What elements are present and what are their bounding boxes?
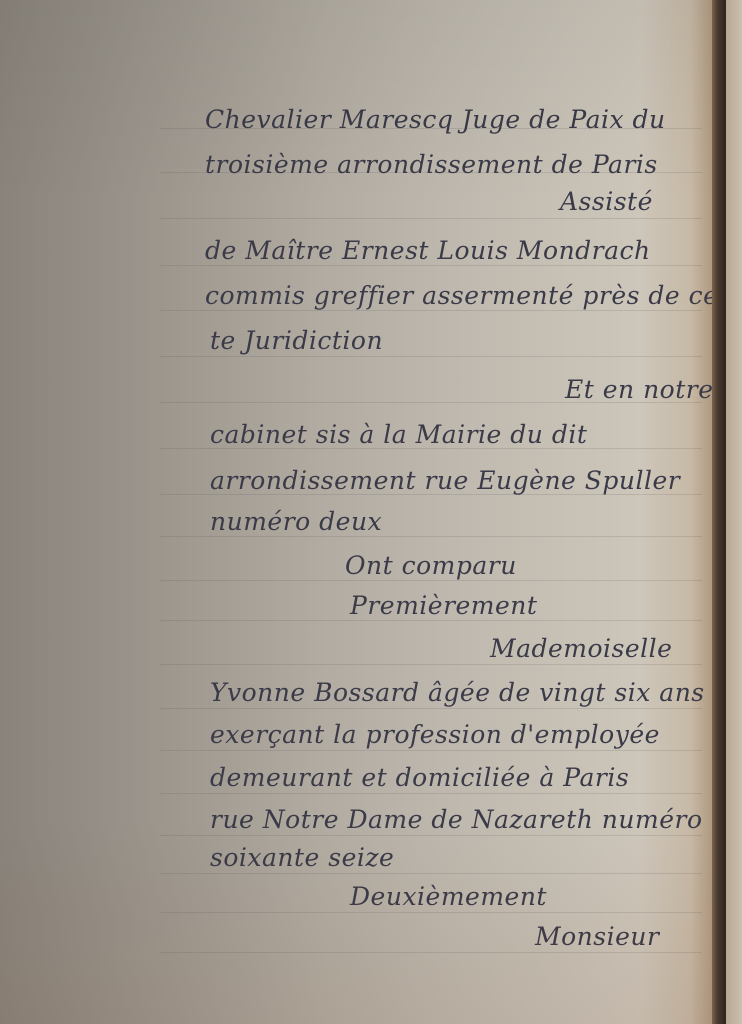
ruled-line [160, 536, 702, 537]
ruled-line [160, 218, 702, 219]
text-line-et-en-notre: Et en notre [565, 375, 714, 404]
text-line-numero: numéro deux [210, 507, 382, 536]
text-line-juridiction: te Juridiction [210, 326, 383, 355]
text-line-rue: arrondissement rue Eugène Spuller [210, 466, 680, 495]
book-spine-shadow [712, 0, 726, 1024]
text-line-cabinet: cabinet sis à la Mairie du dit [210, 420, 587, 449]
text-line-profession: exerçant la profession d'employée [210, 720, 660, 749]
text-line-greffier-title: commis greffier assermenté près de cet- [205, 281, 738, 310]
ruled-line [160, 356, 702, 357]
text-line-assiste: Assisté [560, 187, 653, 216]
ledger-page: Chevalier Marescq Juge de Paix du troisi… [0, 0, 712, 1024]
text-line-demeurant: demeurant et domiciliée à Paris [210, 763, 629, 792]
ruled-line [160, 912, 702, 913]
ruled-line [160, 873, 702, 874]
ruled-line [160, 265, 702, 266]
ruled-line [160, 835, 702, 836]
text-line-arrondissement: troisième arrondissement de Paris [205, 150, 658, 179]
text-line-soixante: soixante seize [210, 843, 394, 872]
ruled-line [160, 620, 702, 621]
text-line-judge: Chevalier Marescq Juge de Paix du [205, 105, 666, 134]
ruled-line [160, 952, 702, 953]
ruled-line [160, 708, 702, 709]
text-line-address: rue Notre Dame de Nazareth numéro [210, 805, 703, 834]
ruled-line [160, 310, 702, 311]
ruled-line [160, 664, 702, 665]
ruled-line [160, 580, 702, 581]
ruled-line [160, 793, 702, 794]
text-line-yvonne: Yvonne Bossard âgée de vingt six ans [210, 678, 705, 707]
adjacent-page-edge [726, 0, 742, 1024]
text-line-greffier-name: de Maître Ernest Louis Mondrach [205, 236, 651, 265]
text-line-mademoiselle: Mademoiselle [490, 634, 672, 663]
text-line-monsieur: Monsieur [535, 922, 659, 951]
heading-premierement: Premièrement [350, 591, 537, 620]
ruled-line [160, 750, 702, 751]
heading-ont-comparu: Ont comparu [345, 551, 517, 580]
heading-deuxiemement: Deuxièmement [350, 882, 547, 911]
